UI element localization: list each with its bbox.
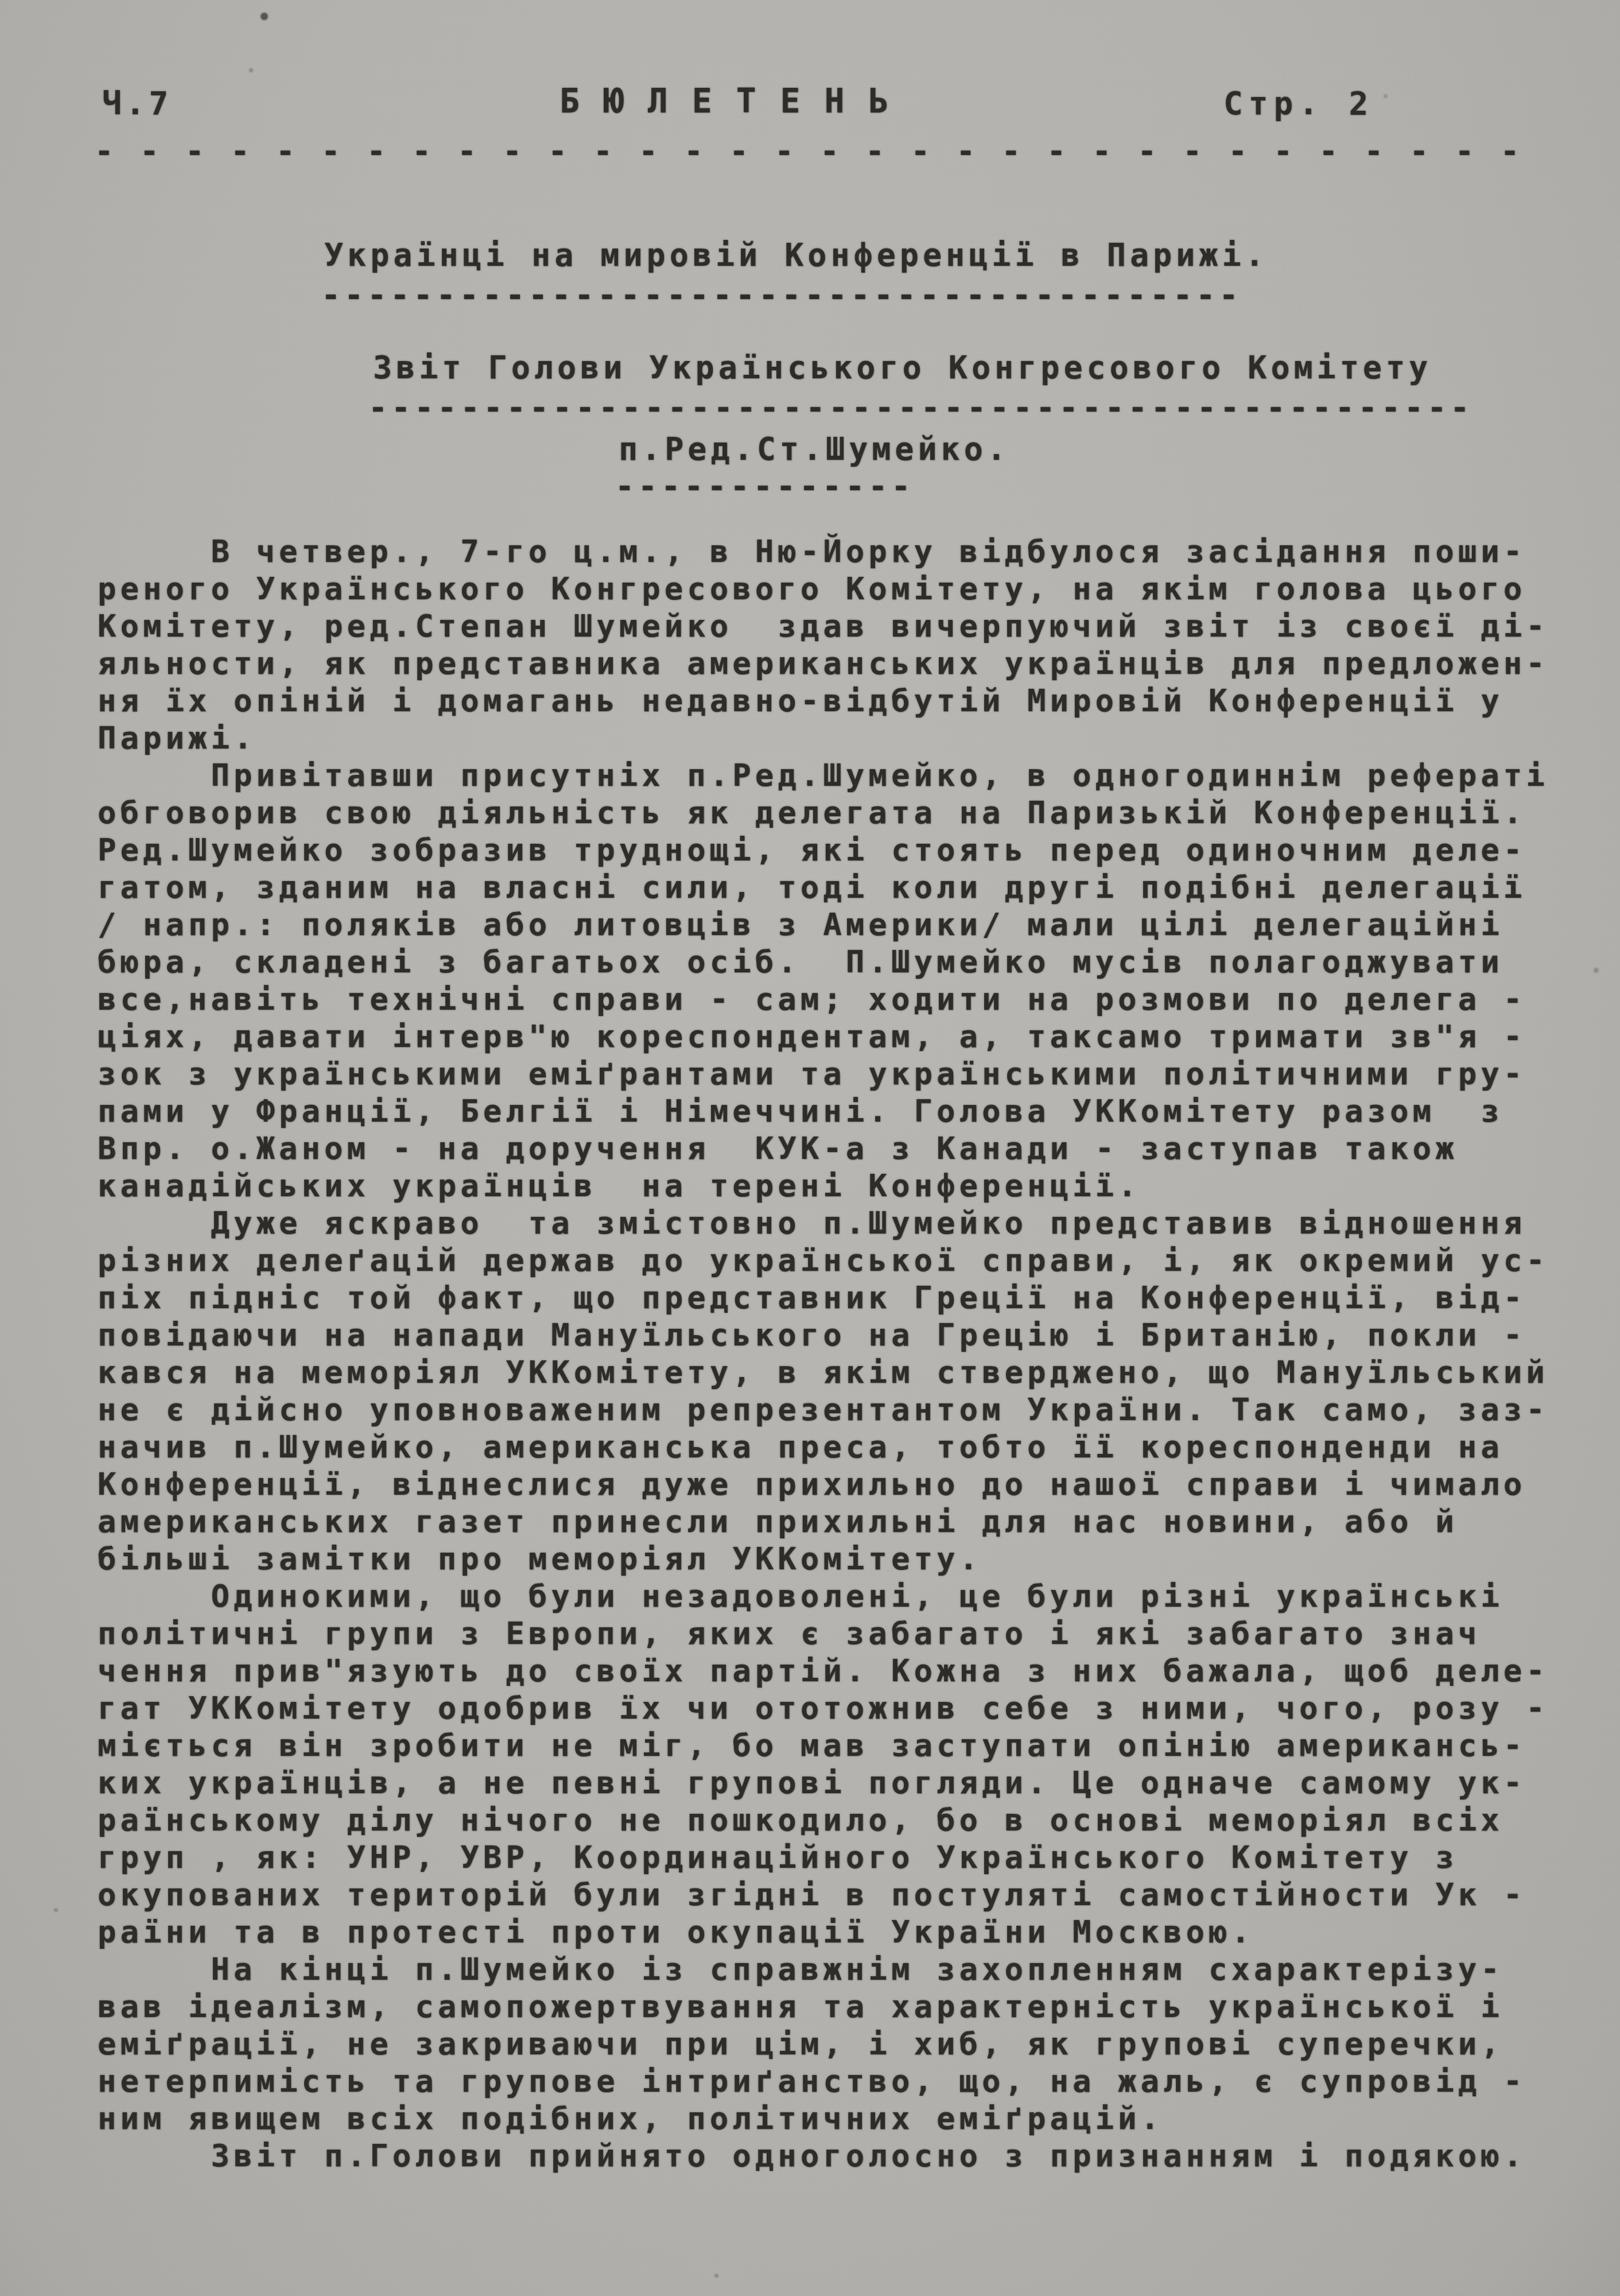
text-line: Впр. о.Жаном - на доручення КУК-а з Кана…: [98, 1130, 1590, 1167]
text-line: Комітету, ред.Степан Шумейко здав вичерп…: [98, 607, 1590, 645]
text-line: реного Українського Конгресового Комітет…: [98, 570, 1590, 607]
article-subtitle-underline: ----------------------------------------…: [368, 389, 1473, 426]
text-line: Звіт п.Голови прийнято одноголосно з при…: [98, 2137, 1590, 2174]
text-line: Парижі.: [98, 719, 1590, 757]
article-byline: п.Ред.Ст.Шумейко.: [619, 430, 1010, 467]
text-line: все,навіть технічні справи - сам; ходити…: [98, 980, 1590, 1018]
text-line: ціях, давати інтерв"ю кореспондентам, а,…: [98, 1018, 1590, 1055]
text-line: Ред.Шумейко зобразив труднощі, які стоят…: [98, 831, 1590, 868]
text-line: раїнському ділу нічого не пошкодило, бо …: [98, 1801, 1590, 1839]
article-body: В четвер., 7-го ц.м., в Ню-Йорку відбуло…: [98, 533, 1590, 2174]
text-line: окупованих територій були згідні в посту…: [98, 1876, 1590, 1913]
text-line: більші замітки про меморіял УККомітету.: [98, 1540, 1590, 1577]
text-line: ких українців, а не певні групові погляд…: [98, 1764, 1590, 1801]
text-line: раїни та в протесті проти окупації Украї…: [98, 1913, 1590, 1950]
page-number: Стр. 2: [1223, 85, 1374, 122]
text-line: / напр.: поляків або литовців з Америки/…: [98, 906, 1590, 943]
text-line: В четвер., 7-го ц.м., в Ню-Йорку відбуло…: [98, 533, 1590, 570]
text-line: пами у Франції, Белгії і Німеччині. Голо…: [98, 1092, 1590, 1130]
text-line: обговорив свою діяльність як делегата на…: [98, 794, 1590, 831]
text-line: еміґрації, не закриваючи при цім, і хиб,…: [98, 2025, 1590, 2062]
text-line: Привітавши присутніх п.Ред.Шумейко, в од…: [98, 757, 1590, 794]
text-line: політичні групи з Европи, яких є забагат…: [98, 1615, 1590, 1652]
article-title-underline: ----------------------------------------: [321, 277, 1242, 313]
text-line: канадійських українців на терені Конфере…: [98, 1167, 1590, 1204]
text-line: бюра, складені з багатьох осіб. П.Шумейк…: [98, 943, 1590, 980]
text-line: Дуже яскраво та змістовно п.Шумейко пред…: [98, 1204, 1590, 1242]
text-line: міється він зробити не міг, бо мав засту…: [98, 1727, 1590, 1764]
article-title: Українці на мировій Конференції в Парижі…: [324, 236, 1268, 273]
bulletin-title: БЮЛЕТЕНЬ: [560, 82, 912, 121]
text-line: різних делеґацій держав до української с…: [98, 1242, 1590, 1279]
text-line: ня їх опіній і домагань недавно-відбутій…: [98, 682, 1590, 719]
text-line: не є дійсно уповноваженим репрезентантом…: [98, 1391, 1590, 1428]
text-line: кався на меморіял УККомітету, в якім ств…: [98, 1353, 1590, 1391]
text-line: зок з українськими еміґрантами та україн…: [98, 1055, 1590, 1092]
text-line: яльности, як представника американських …: [98, 645, 1590, 682]
article-subtitle: Звіт Голови Українського Конгресового Ко…: [373, 349, 1432, 386]
text-line: вав ідеалізм, самопожертвування та харак…: [98, 1988, 1590, 2025]
text-line: груп , як: УНР, УВР, Координаційного Укр…: [98, 1839, 1590, 1876]
text-line: піх підніс той факт, що представник Грец…: [98, 1279, 1590, 1316]
text-line: повідаючи на напади Мануїльського на Гре…: [98, 1316, 1590, 1353]
text-line: гат УККомітету одобрив їх чи ототожнив с…: [98, 1689, 1590, 1727]
scanned-page: Ч.7 БЮЛЕТЕНЬ Стр. 2 - - - - - - - - - - …: [0, 0, 1620, 2296]
text-line: нетерпимість та групове інтриґанство, що…: [98, 2062, 1590, 2100]
text-line: На кінці п.Шумейко із справжнім захоплен…: [98, 1950, 1590, 1988]
text-line: американських газет принесли прихильні д…: [98, 1503, 1590, 1540]
text-line: начив п.Шумейко, американська преса, тоб…: [98, 1428, 1590, 1465]
paper-specks: [0, 0, 3, 3]
header-separator: - - - - - - - - - - - - - - - - - - - - …: [95, 133, 1523, 169]
text-line: гатом, зданим на власні сили, тоді коли …: [98, 868, 1590, 906]
issue-number: Ч.7: [102, 85, 172, 122]
text-line: Конференції, віднеслися дуже прихильно д…: [98, 1465, 1590, 1503]
text-line: ним явищем всіх подібних, політичних емі…: [98, 2100, 1590, 2137]
text-line: Одинокими, що були незадоволені, це були…: [98, 1577, 1590, 1615]
text-line: чення прив"язують до своїх партій. Кожна…: [98, 1652, 1590, 1689]
article-byline-underline: -------------: [615, 468, 914, 505]
